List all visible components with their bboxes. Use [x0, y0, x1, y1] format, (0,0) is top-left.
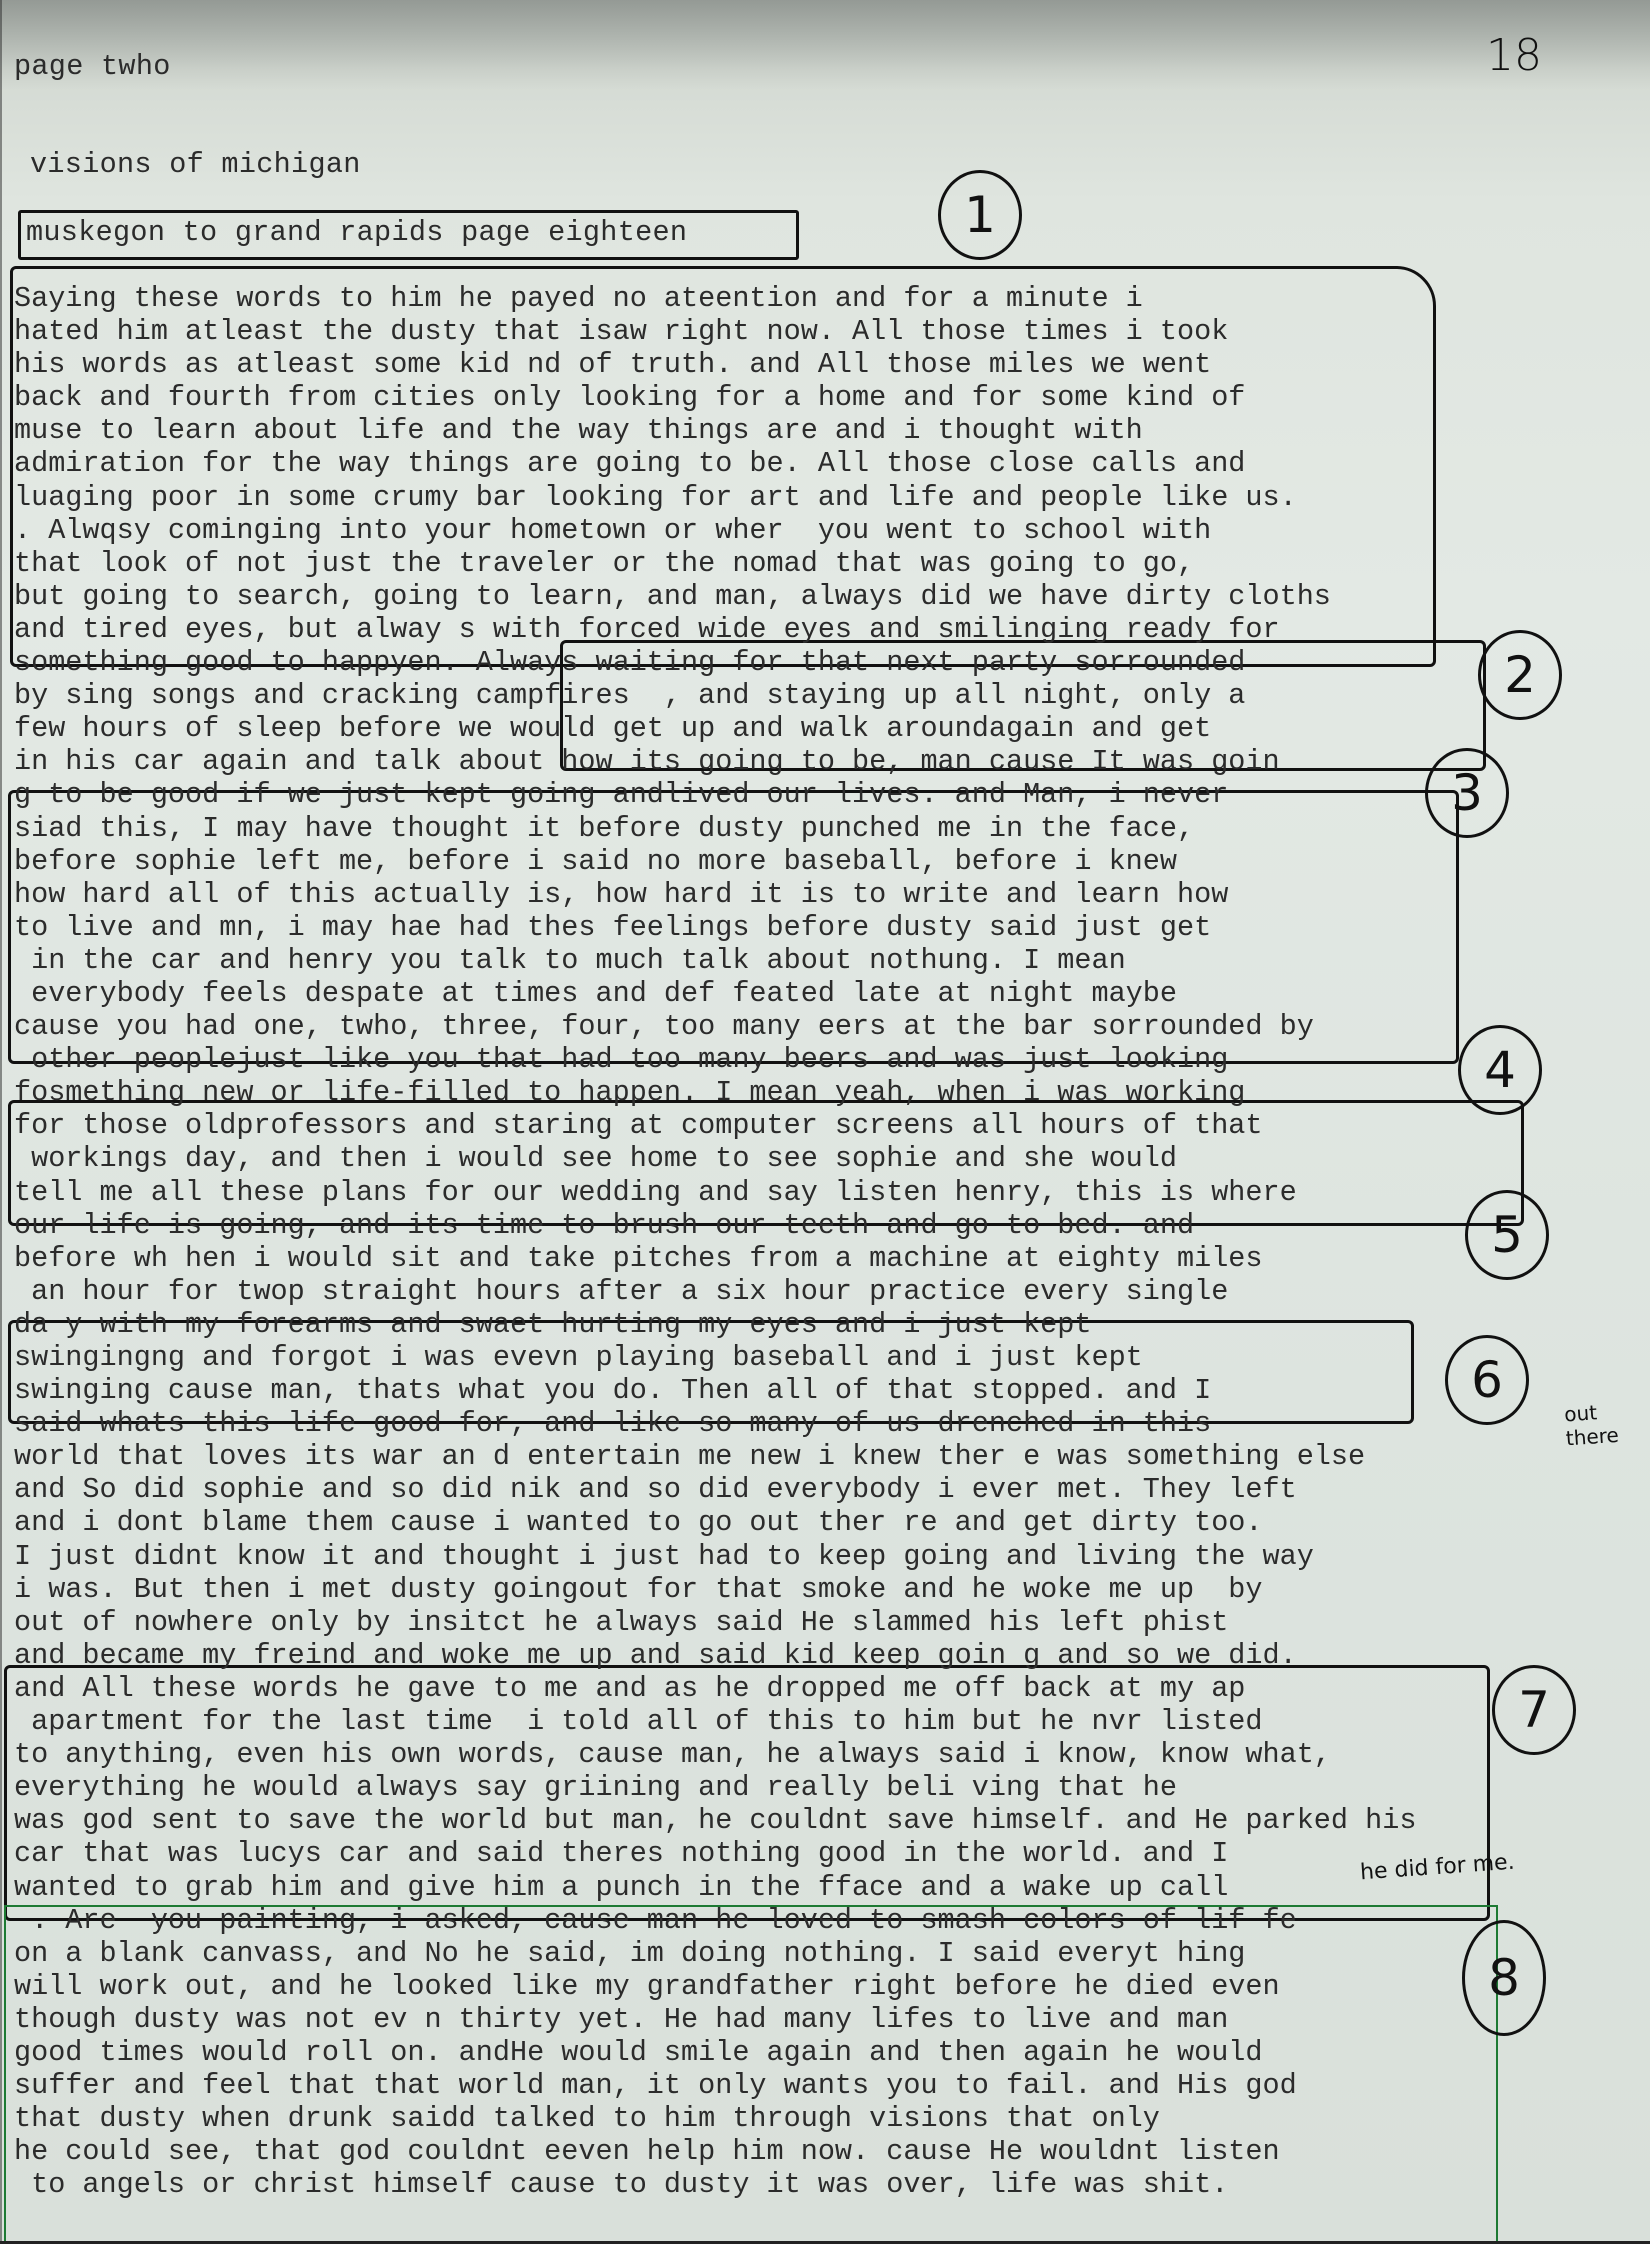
text-line: admiration for the way things are going …: [14, 447, 1534, 480]
text-line: i was. But then i met dusty goingout for…: [14, 1573, 1534, 1606]
text-line: in his car again and talk about how its …: [14, 745, 1534, 778]
text-line: to live and mn, i may hae had thes feeli…: [14, 911, 1534, 944]
text-line: luaging poor in some crumy bar looking f…: [14, 481, 1534, 514]
text-line: g to be good if we just kept going andli…: [14, 778, 1534, 811]
paper-left-edge: [0, 0, 2, 2244]
text-line: on a blank canvass, and No he said, im d…: [14, 1937, 1534, 1970]
text-line: swingingng and forgot i was evevn playin…: [14, 1341, 1534, 1374]
text-line: siad this, I may have thought it before …: [14, 812, 1534, 845]
text-line: that dusty when drunk saidd talked to hi…: [14, 2102, 1534, 2135]
document-title: visions of michigan: [30, 148, 361, 181]
text-line: hated him atleast the dusty that isaw ri…: [14, 315, 1534, 348]
text-line: wanted to grab him and give him a punch …: [14, 1871, 1534, 1904]
header-left: page twho: [14, 50, 171, 83]
text-line: tell me all these plans for our wedding …: [14, 1176, 1534, 1209]
section-marker-1: 1: [938, 170, 1022, 260]
text-line: in the car and henry you talk to much ta…: [14, 944, 1534, 977]
text-line: other peoplejust like you that had too m…: [14, 1043, 1534, 1076]
text-line: back and fourth from cities only looking…: [14, 381, 1534, 414]
text-line: good times would roll on. andHe would sm…: [14, 2036, 1534, 2069]
text-line: and tired eyes, but alway s with forced …: [14, 613, 1534, 646]
text-line: and i dont blame them cause i wanted to …: [14, 1506, 1534, 1539]
text-line: something good to happyen. Always waitin…: [14, 646, 1534, 679]
text-line: workings day, and then i would see home …: [14, 1142, 1534, 1175]
text-line: Saying these words to him he payed no at…: [14, 282, 1534, 315]
text-line: . Alwqsy cominging into your hometown or…: [14, 514, 1534, 547]
text-line: for those oldprofessors and staring at c…: [14, 1109, 1534, 1142]
text-line: car that was lucys car and said theres n…: [14, 1837, 1534, 1870]
text-line: before sophie left me, before i said no …: [14, 845, 1534, 878]
text-line: fosmething new or life-filled to happen.…: [14, 1076, 1534, 1109]
text-line: da y with my forearms and swaet hurting …: [14, 1308, 1534, 1341]
text-line: I just didnt know it and thought i just …: [14, 1540, 1534, 1573]
text-line: by sing songs and cracking campfires , a…: [14, 679, 1534, 712]
text-line: he could see, that god couldnt eeven hel…: [14, 2135, 1534, 2168]
text-line: everything he would always say griining …: [14, 1771, 1534, 1804]
page-number: 18: [1486, 30, 1542, 81]
text-line: his words as atleast some kid nd of trut…: [14, 348, 1534, 381]
text-line: before wh hen i would sit and take pitch…: [14, 1242, 1534, 1275]
text-line: that look of not just the traveler or th…: [14, 547, 1534, 580]
text-line: muse to learn about life and the way thi…: [14, 414, 1534, 447]
text-line: to anything, even his own words, cause m…: [14, 1738, 1534, 1771]
margin-note-out-there: out there: [1563, 1398, 1636, 1451]
paper-crease-shadow: [0, 0, 1650, 90]
text-line: our life is going, and its time to brush…: [14, 1209, 1534, 1242]
text-line: though dusty was not ev n thirty yet. He…: [14, 2003, 1534, 2036]
text-line: out of nowhere only by insitct he always…: [14, 1606, 1534, 1639]
text-line: and So did sophie and so did nik and so …: [14, 1473, 1534, 1506]
text-line: was god sent to save the world but man, …: [14, 1804, 1534, 1837]
text-line: said whats this life good for, and like …: [14, 1407, 1534, 1440]
text-line: how hard all of this actually is, how ha…: [14, 878, 1534, 911]
typed-body: Saying these words to him he payed no at…: [14, 282, 1534, 2201]
text-line: and became my freind and woke me up and …: [14, 1639, 1534, 1672]
text-line: will work out, and he looked like my gra…: [14, 1970, 1534, 2003]
text-line: swinging cause man, thats what you do. T…: [14, 1374, 1534, 1407]
text-line: but going to search, going to learn, and…: [14, 580, 1534, 613]
subtitle: muskegon to grand rapids page eighteen: [26, 216, 687, 249]
text-line: few hours of sleep before we would get u…: [14, 712, 1534, 745]
text-line: apartment for the last time i told all o…: [14, 1705, 1534, 1738]
text-line: to angels or christ himself cause to dus…: [14, 2168, 1534, 2201]
text-line: everybody feels despate at times and def…: [14, 977, 1534, 1010]
text-line: suffer and feel that that world man, it …: [14, 2069, 1534, 2102]
text-line: an hour for twop straight hours after a …: [14, 1275, 1534, 1308]
text-line: cause you had one, twho, three, four, to…: [14, 1010, 1534, 1043]
text-line: . Are you painting, i asked, cause man h…: [14, 1904, 1534, 1937]
text-line: and All these words he gave to me and as…: [14, 1672, 1534, 1705]
text-line: world that loves its war an d entertain …: [14, 1440, 1534, 1473]
